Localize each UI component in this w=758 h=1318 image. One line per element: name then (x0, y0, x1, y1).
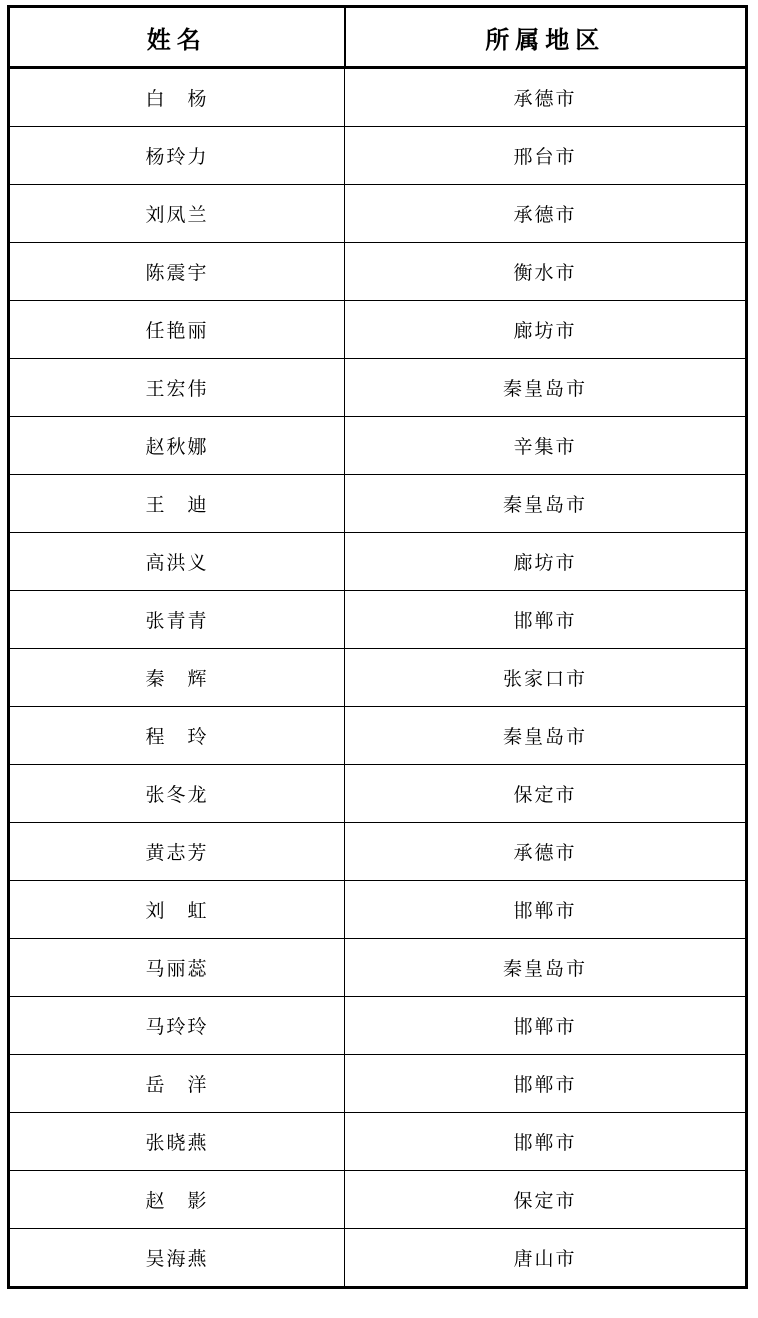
region-cell: 廊坊市 (345, 533, 747, 591)
table-row: 王宏伟秦皇岛市 (9, 359, 747, 417)
region-cell: 承德市 (345, 823, 747, 881)
name-cell: 吴海燕 (9, 1229, 345, 1288)
region-cell: 唐山市 (345, 1229, 747, 1288)
region-cell: 秦皇岛市 (345, 939, 747, 997)
name-cell: 张冬龙 (9, 765, 345, 823)
name-cell: 陈震宇 (9, 243, 345, 301)
region-cell: 邯郸市 (345, 1113, 747, 1171)
table-row: 张晓燕邯郸市 (9, 1113, 747, 1171)
region-cell: 承德市 (345, 185, 747, 243)
name-cell: 岳 洋 (9, 1055, 345, 1113)
column-header-region: 所属地区 (345, 7, 747, 68)
table-row: 高洪义廊坊市 (9, 533, 747, 591)
region-cell: 邯郸市 (345, 591, 747, 649)
table-row: 马玲玲邯郸市 (9, 997, 747, 1055)
name-cell: 王 迪 (9, 475, 345, 533)
column-header-name: 姓名 (9, 7, 345, 68)
table-row: 张冬龙保定市 (9, 765, 747, 823)
name-cell: 张晓燕 (9, 1113, 345, 1171)
region-cell: 邯郸市 (345, 1055, 747, 1113)
region-cell: 廊坊市 (345, 301, 747, 359)
name-cell: 赵 影 (9, 1171, 345, 1229)
name-cell: 刘 虹 (9, 881, 345, 939)
table-row: 任艳丽廊坊市 (9, 301, 747, 359)
table-row: 王 迪秦皇岛市 (9, 475, 747, 533)
name-cell: 程 玲 (9, 707, 345, 765)
table-row: 赵 影保定市 (9, 1171, 747, 1229)
region-cell: 邯郸市 (345, 881, 747, 939)
name-cell: 秦 辉 (9, 649, 345, 707)
region-cell: 秦皇岛市 (345, 707, 747, 765)
name-cell: 张青青 (9, 591, 345, 649)
name-cell: 黄志芳 (9, 823, 345, 881)
table-row: 马丽蕊秦皇岛市 (9, 939, 747, 997)
name-region-table: 姓名 所属地区 白 杨承德市杨玲力邢台市刘凤兰承德市陈震宇衡水市任艳丽廊坊市王宏… (7, 5, 748, 1289)
table-row: 杨玲力邢台市 (9, 127, 747, 185)
table-row: 白 杨承德市 (9, 68, 747, 127)
region-cell: 秦皇岛市 (345, 359, 747, 417)
region-cell: 秦皇岛市 (345, 475, 747, 533)
table-row: 程 玲秦皇岛市 (9, 707, 747, 765)
name-cell: 王宏伟 (9, 359, 345, 417)
region-cell: 张家口市 (345, 649, 747, 707)
name-cell: 高洪义 (9, 533, 345, 591)
table-row: 秦 辉张家口市 (9, 649, 747, 707)
table-row: 刘 虹邯郸市 (9, 881, 747, 939)
region-cell: 保定市 (345, 765, 747, 823)
region-cell: 衡水市 (345, 243, 747, 301)
table-row: 黄志芳承德市 (9, 823, 747, 881)
name-cell: 任艳丽 (9, 301, 345, 359)
table-row: 陈震宇衡水市 (9, 243, 747, 301)
name-cell: 马玲玲 (9, 997, 345, 1055)
region-cell: 辛集市 (345, 417, 747, 475)
table-row: 张青青邯郸市 (9, 591, 747, 649)
name-cell: 白 杨 (9, 68, 345, 127)
name-cell: 马丽蕊 (9, 939, 345, 997)
header-row: 姓名 所属地区 (9, 7, 747, 68)
region-cell: 邯郸市 (345, 997, 747, 1055)
region-cell: 承德市 (345, 68, 747, 127)
table-row: 岳 洋邯郸市 (9, 1055, 747, 1113)
document-page: 姓名 所属地区 白 杨承德市杨玲力邢台市刘凤兰承德市陈震宇衡水市任艳丽廊坊市王宏… (0, 0, 758, 1318)
name-cell: 刘凤兰 (9, 185, 345, 243)
table-row: 刘凤兰承德市 (9, 185, 747, 243)
table-row: 赵秋娜辛集市 (9, 417, 747, 475)
region-cell: 邢台市 (345, 127, 747, 185)
name-cell: 杨玲力 (9, 127, 345, 185)
table-row: 吴海燕唐山市 (9, 1229, 747, 1288)
region-cell: 保定市 (345, 1171, 747, 1229)
name-cell: 赵秋娜 (9, 417, 345, 475)
